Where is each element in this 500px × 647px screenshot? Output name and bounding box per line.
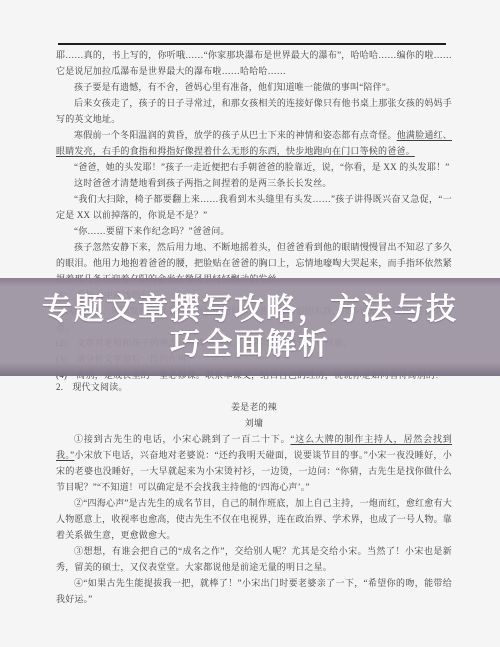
banner-title-line2: 巧全面解析 <box>170 327 330 362</box>
paragraph: 耶……真的，书上写的，你听哦……“你家那块瀑布是世界最大的瀑布”，哈哈哈……编你… <box>56 47 452 79</box>
paragraph: ①接到古先生的电话，小宋心跳到了一百二十下。“这么大牌的制作主持人，居然会找到我… <box>56 431 452 495</box>
passage-1-body: 耶……真的，书上写的，你听哦……“你家那块瀑布是世界最大的瀑布”，哈哈哈……编你… <box>56 47 452 287</box>
text-segment: “我们大扫除，椅子都要翻上来……我看到木头缝里有头发……”孩子讲得既兴奋又急促，… <box>56 194 452 220</box>
scanned-document-page: 耶……真的，书上写的，你听哦……“你家那块瀑布是世界最大的瀑布”，哈哈哈……编你… <box>0 0 500 647</box>
paragraph: 寒假前一个冬阳温润的黄昏，放学的孩子从巴士下来的神情和姿态都有点奇怪。他满脸通红… <box>56 127 452 159</box>
text-segment: 孩子要是有遗憾，有不舍，爸妈心里有准备，他们知道唯一能做的事叫“陪伴”。 <box>74 82 395 92</box>
text-segment: 耶……真的，书上写的，你听哦……“你家那块瀑布是世界最大的瀑布”，哈哈哈……编你… <box>56 50 452 76</box>
paragraph: ③想想，有谁会把自己的“成名之作”，交给别人呢？尤其是交给小宋。当然了！小宋也是… <box>56 543 452 575</box>
text-segment: 这时爸爸才清楚地看到孩子两指之间捏着的是两三条长长发丝。 <box>74 178 332 188</box>
text-segment: 寒假前一个冬阳温润的黄昏，放学的孩子从巴士下来的神情和姿态都有点奇怪。 <box>74 130 397 140</box>
text-segment: 后来女孩走了，孩子的日子寻常过，和那女孩相关的连接好像只有他书桌上那张女孩的妈妈… <box>56 98 452 124</box>
passage-2-author: 刘墉 <box>56 415 452 431</box>
paragraph: ②“四海心声”是古先生的成名节目，自己的制作班底，加上自己主持，一炮而红，愈红愈… <box>56 495 452 543</box>
section-2-label: 2. 现代文阅读。 <box>56 379 452 395</box>
paragraph: 孩子要是有遗憾，有不舍，爸妈心里有准备，他们知道唯一能做的事叫“陪伴”。 <box>56 79 452 95</box>
page-top-rule <box>58 43 446 45</box>
paragraph: “我们大扫除，椅子都要翻上来……我看到木头缝里有头发……”孩子讲得既兴奋又急促，… <box>56 191 452 223</box>
text-segment: “爸爸，她的头发耶！”孩子一走近便把右手朝爸爸的脸靠近，说，“你看，是 XX 的… <box>74 162 449 172</box>
paragraph: 这时爸爸才清楚地看到孩子两指之间捏着的是两三条长长发丝。 <box>56 175 452 191</box>
text-segment: 小宋放下电话，兴奋地对老婆说：“还约我明天碰面，说要谈节目的事。”小宋一夜没睡好… <box>56 450 452 492</box>
text-segment: ②“四海心声”是古先生的成名节目，自己的制作班底，加上自己主持，一炮而红，愈红愈… <box>56 498 452 540</box>
text-segment: ①接到古先生的电话，小宋心跳到了一百二十下。 <box>74 434 290 444</box>
paragraph: ④“如果古先生能提拔我一把，就棒了！”小宋出门时要老婆亲了一下，“希望你的吻，能… <box>56 575 452 607</box>
banner-title-line1: 专题文章撰写攻略，方法与技 <box>42 292 458 327</box>
paragraph: “你……要留下来作纪念吗？”爸爸问。 <box>56 223 452 239</box>
text-segment: ④“如果古先生能提拔我一把，就棒了！”小宋出门时要老婆亲了一下，“希望你的吻，能… <box>56 578 452 604</box>
paragraph: 后来女孩走了，孩子的日子寻常过，和那女孩相关的连接好像只有他书桌上那张女孩的妈妈… <box>56 95 452 127</box>
reading-section-2: 2. 现代文阅读。 姜是老的辣 刘墉 ①接到古先生的电话，小宋心跳到了一百二十下… <box>56 379 452 607</box>
text-segment: ③想想，有谁会把自己的“成名之作”，交给别人呢？尤其是交给小宋。当然了！小宋也是… <box>56 546 452 572</box>
text-segment: “你……要留下来作纪念吗？”爸爸问。 <box>74 226 230 236</box>
passage-2-body: ①接到古先生的电话，小宋心跳到了一百二十下。“这么大牌的制作主持人，居然会找到我… <box>56 431 452 607</box>
passage-2-title: 姜是老的辣 <box>56 399 452 415</box>
paragraph: “爸爸，她的头发耶！”孩子一走近便把右手朝爸爸的脸靠近，说，“你看，是 XX 的… <box>56 159 452 175</box>
overlay-banner: 专题文章撰写攻略，方法与技 巧全面解析 <box>0 278 500 376</box>
